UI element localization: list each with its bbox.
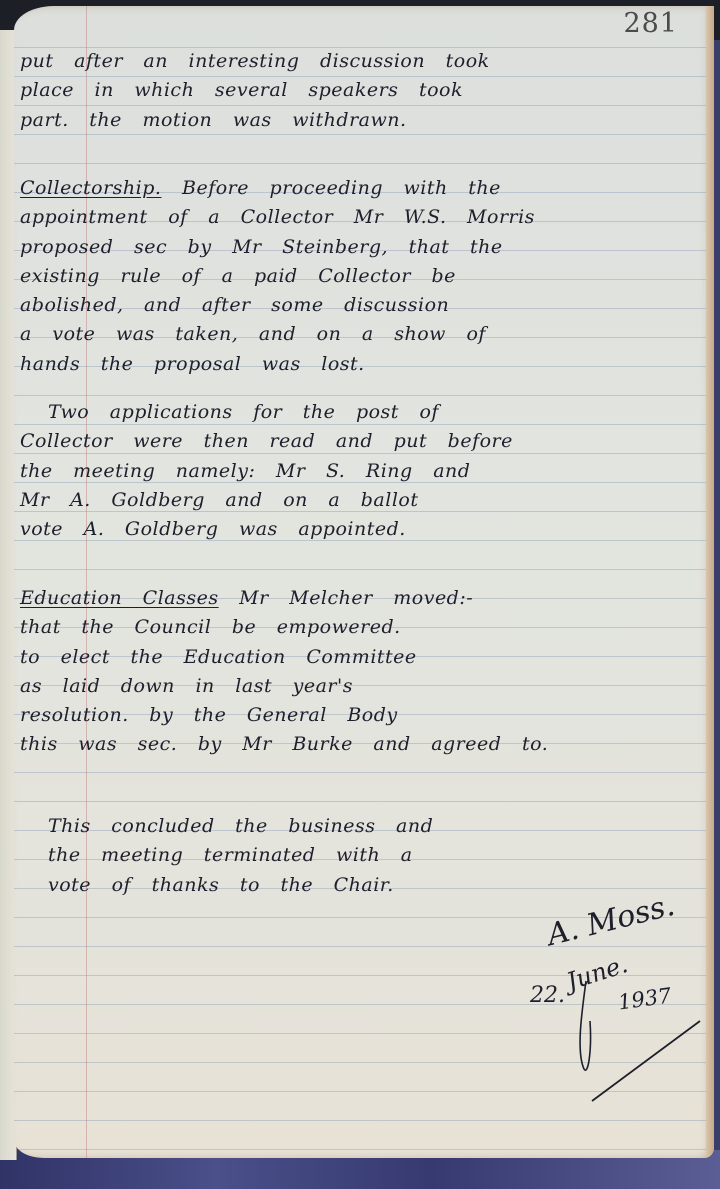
text-line: hands the proposal was lost. [20,350,700,379]
text-line: as laid down in last year's [20,672,700,701]
paragraph-collectorship: Collectorship. Before proceeding with th… [20,174,700,379]
text-fragment: Before proceeding with the [182,177,501,199]
text-line: this was sec. by Mr Burke and agreed to. [20,730,700,759]
text-line: that the Council be empowered. [20,613,700,642]
text-line: Two applications for the post of [20,398,700,427]
paragraph-continuation: put after an interesting discussion took… [20,47,700,135]
text-line: existing rule of a paid Collector be [20,262,700,291]
text-line: place in which several speakers took [20,76,700,105]
text-line: resolution. by the General Body [20,701,700,730]
text-line: a vote was taken, and on a show of [20,320,700,349]
text-line: Education Classes Mr Melcher moved:- [20,584,700,613]
text-line: Mr A. Goldberg and on a ballot [20,486,700,515]
text-line: part. the motion was withdrawn. [20,106,700,135]
text-line: to elect the Education Committee [20,643,700,672]
text-line: vote of thanks to the Chair. [20,871,700,900]
signature-block: A. Moss. 22. June. 1937 [524,901,714,1111]
text-line: vote A. Goldberg was appointed. [20,515,700,544]
text-line: proposed sec by Mr Steinberg, that the [20,233,700,262]
ledger-page: 281 put after an interesting discussion … [14,6,714,1158]
text-line: Collectorship. Before proceeding with th… [20,174,700,203]
paragraph-closing: This concluded the business and the meet… [20,812,700,900]
section-heading: Education Classes [20,587,219,609]
signature-flourish-icon [524,901,714,1111]
text-line: appointment of a Collector Mr W.S. Morri… [20,203,700,232]
paragraph-education-classes: Education Classes Mr Melcher moved:- tha… [20,584,700,760]
text-line: the meeting namely: Mr S. Ring and [20,457,700,486]
text-line: the meeting terminated with a [20,841,700,870]
paragraph-applications: Two applications for the post of Collect… [20,398,700,544]
text-fragment: Mr Melcher moved:- [239,587,473,609]
text-line: This concluded the business and [20,812,700,841]
text-line: abolished, and after some discussion [20,291,700,320]
text-line: put after an interesting discussion took [20,47,700,76]
page-number: 281 [623,8,678,39]
text-line: Collector were then read and put before [20,427,700,456]
section-heading: Collectorship. [20,177,161,199]
